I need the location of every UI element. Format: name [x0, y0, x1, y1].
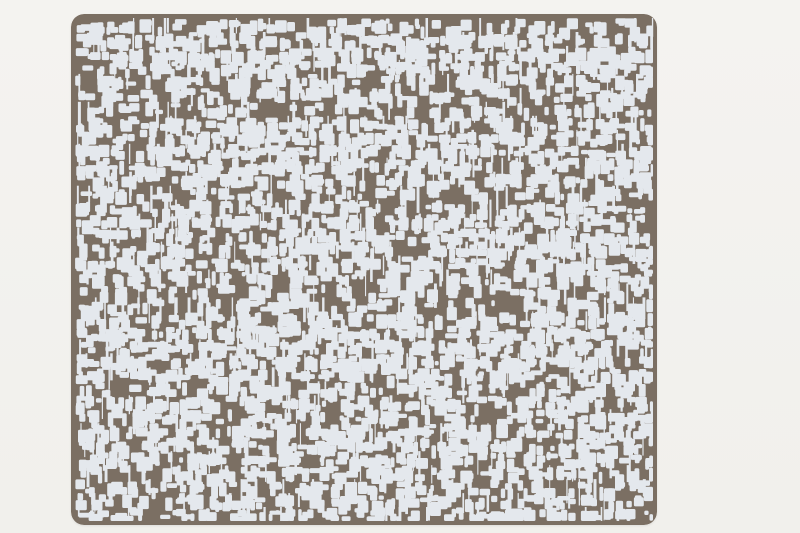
placemat [71, 14, 657, 525]
background: Rectangular textured placemat with round… [0, 0, 800, 533]
placemat-texture [71, 14, 657, 525]
